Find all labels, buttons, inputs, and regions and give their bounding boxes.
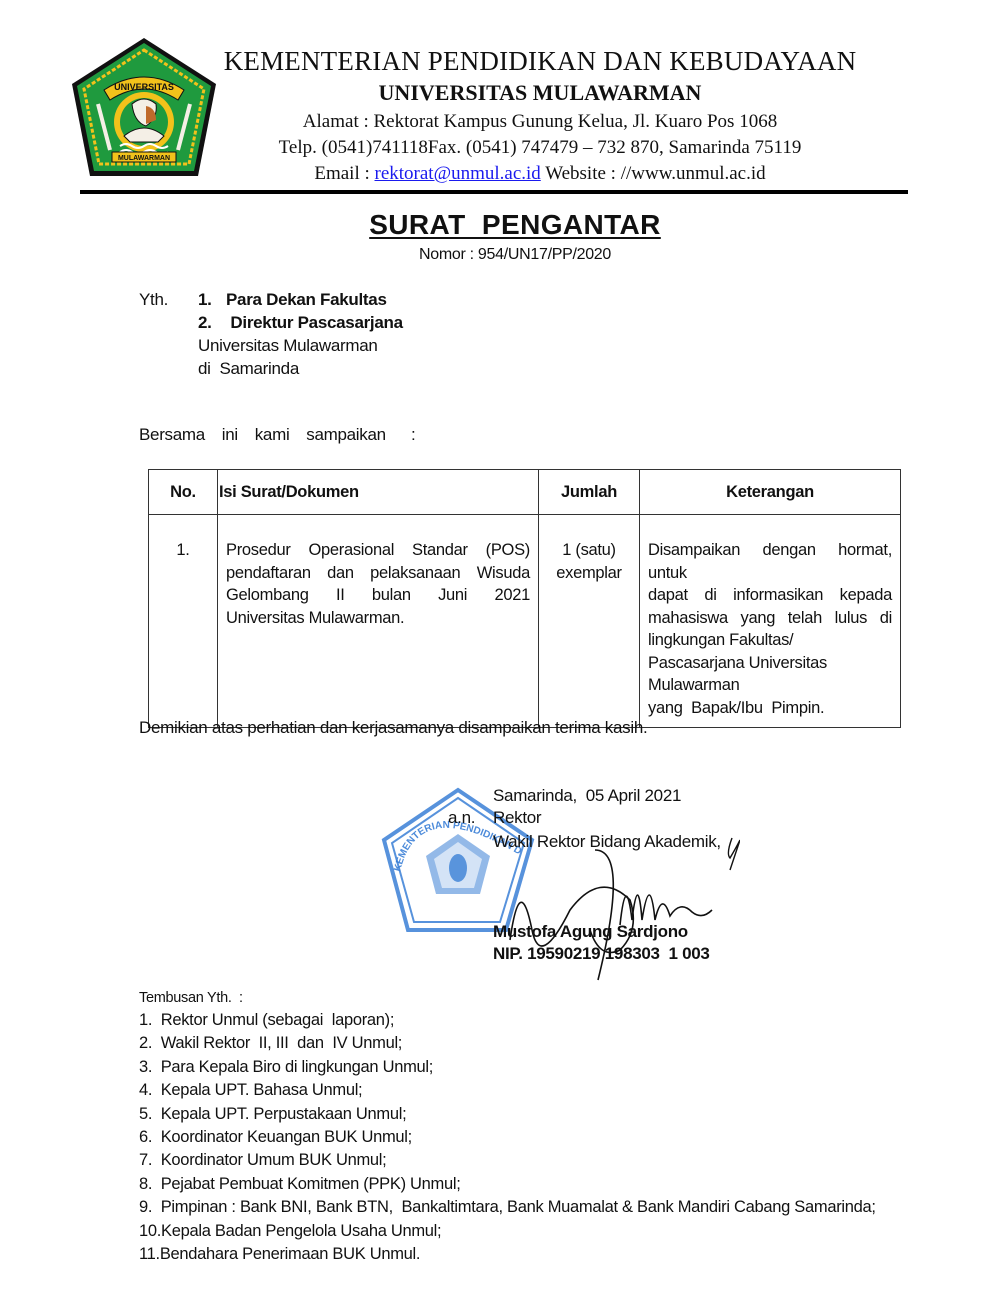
list-item: 1. Rektor Unmul (sebagai laporan);	[139, 1009, 876, 1032]
handwritten-signature-icon	[480, 830, 740, 990]
document-title: SURAT PENGANTAR	[0, 209, 1000, 241]
list-item: 11.Bendahara Penerimaan BUK Unmul.	[139, 1243, 876, 1266]
letterhead-phone: Telp. (0541)741118Fax. (0541) 747479 – 7…	[220, 137, 860, 159]
addressee-place: di Samarinda	[198, 359, 299, 379]
addressee-number: 1.	[198, 290, 226, 310]
cell-no: 1.	[149, 515, 218, 728]
cell-quantity-line: 1 (satu)	[547, 539, 631, 562]
cell-remarks-line: lingkungan Fakultas/	[648, 629, 892, 652]
addressee-text: Para Dekan Fakultas	[226, 290, 387, 309]
list-item: 7. Koordinator Umum BUK Unmul;	[139, 1149, 876, 1172]
cc-title: Tembusan Yth. :	[139, 990, 243, 1006]
table-row: 1. Prosedur Operasional Standar (POS) pe…	[149, 515, 901, 728]
university-crest-icon: UNIVERSITAS MULAWARMAN	[66, 34, 222, 184]
website-text: //www.unmul.ac.id	[621, 163, 766, 184]
addressee-line-1: 1.Para Dekan Fakultas	[198, 290, 387, 310]
list-item: 9. Pimpinan : Bank BNI, Bank BTN, Bankal…	[139, 1196, 876, 1219]
cell-quantity-line: exemplar	[547, 562, 631, 585]
cell-remarks: Disampaikan dengan hormat, untuk dapat d…	[640, 515, 901, 728]
list-item: 3. Para Kepala Biro di lingkungan Unmul;	[139, 1056, 876, 1079]
document-table: No. Isi Surat/Dokumen Jumlah Keterangan …	[148, 469, 901, 728]
signature-rektor: Rektor	[493, 808, 541, 828]
cc-list: 1. Rektor Unmul (sebagai laporan); 2. Wa…	[139, 1009, 876, 1266]
column-header-remarks: Keterangan	[640, 470, 901, 515]
list-item: 2. Wakil Rektor II, III dan IV Unmul;	[139, 1032, 876, 1055]
intro-text: Bersama ini kami sampaikan :	[139, 425, 415, 445]
email-label: Email :	[314, 163, 374, 184]
document-number: Nomor : 954/UN17/PP/2020	[0, 246, 1000, 264]
cell-remarks-line: mahasiswa yang telah lulus di	[648, 607, 892, 630]
table-header-row: No. Isi Surat/Dokumen Jumlah Keterangan	[149, 470, 901, 515]
cell-quantity: 1 (satu) exemplar	[539, 515, 640, 728]
svg-text:UNIVERSITAS: UNIVERSITAS	[114, 82, 174, 92]
cell-content-line: Prosedur Operasional Standar (POS)	[226, 539, 530, 562]
addressee-text: Direktur Pascasarjana	[226, 313, 403, 332]
list-item: 6. Koordinator Keuangan BUK Unmul;	[139, 1126, 876, 1149]
addressee-number: 2.	[198, 313, 226, 333]
website-label: Website :	[541, 163, 621, 184]
cell-remarks-line: yang Bapak/Ibu Pimpin.	[648, 697, 892, 720]
email-link[interactable]: rektorat@unmul.ac.id	[375, 163, 541, 184]
list-item: 10.Kepala Badan Pengelola Usaha Unmul;	[139, 1220, 876, 1243]
list-item: 4. Kepala UPT. Bahasa Unmul;	[139, 1079, 876, 1102]
closing-text: Demikian atas perhatian dan kerjasamanya…	[139, 718, 647, 738]
letterhead-address: Alamat : Rektorat Kampus Gunung Kelua, J…	[220, 111, 860, 133]
list-item: 5. Kepala UPT. Perpustakaan Unmul;	[139, 1103, 876, 1126]
cell-content-line: Gelombang II bulan Juni 2021	[226, 584, 530, 607]
letterhead-divider	[80, 190, 908, 194]
cell-remarks-line: Pascasarjana Universitas Mulawarman	[648, 652, 892, 697]
document-title-text: SURAT PENGANTAR	[369, 209, 661, 240]
cell-remarks-line: Disampaikan dengan hormat, untuk	[648, 539, 892, 584]
cell-remarks-line: dapat di informasikan kepada	[648, 584, 892, 607]
letterhead-ministry: KEMENTERIAN PENDIDIKAN DAN KEBUDAYAAN	[220, 46, 860, 77]
signature-on-behalf: a.n.	[448, 808, 475, 828]
cell-content: Prosedur Operasional Standar (POS) penda…	[218, 515, 539, 728]
addressee-line-2: 2. Direktur Pascasarjana	[198, 313, 403, 333]
signatory-nip: NIP. 19590219 198303 1 003	[493, 944, 710, 964]
addressee-organization: Universitas Mulawarman	[198, 336, 378, 356]
list-item: 8. Pejabat Pembuat Komitmen (PPK) Unmul;	[139, 1173, 876, 1196]
column-header-quantity: Jumlah	[539, 470, 640, 515]
column-header-content: Isi Surat/Dokumen	[218, 470, 539, 515]
letterhead-university: UNIVERSITAS MULAWARMAN	[220, 80, 860, 106]
signatory-name: Mustofa Agung Sardjono	[493, 922, 688, 942]
cell-content-line: Universitas Mulawarman.	[226, 607, 530, 630]
svg-text:MULAWARMAN: MULAWARMAN	[118, 155, 170, 162]
letterhead-contact: Email : rektorat@unmul.ac.id Website : /…	[220, 163, 860, 185]
column-header-no: No.	[149, 470, 218, 515]
signature-place-date: Samarinda, 05 April 2021	[493, 786, 681, 806]
addressee-label: Yth.	[139, 290, 168, 310]
cell-content-line: pendaftaran dan pelaksanaan Wisuda	[226, 562, 530, 585]
